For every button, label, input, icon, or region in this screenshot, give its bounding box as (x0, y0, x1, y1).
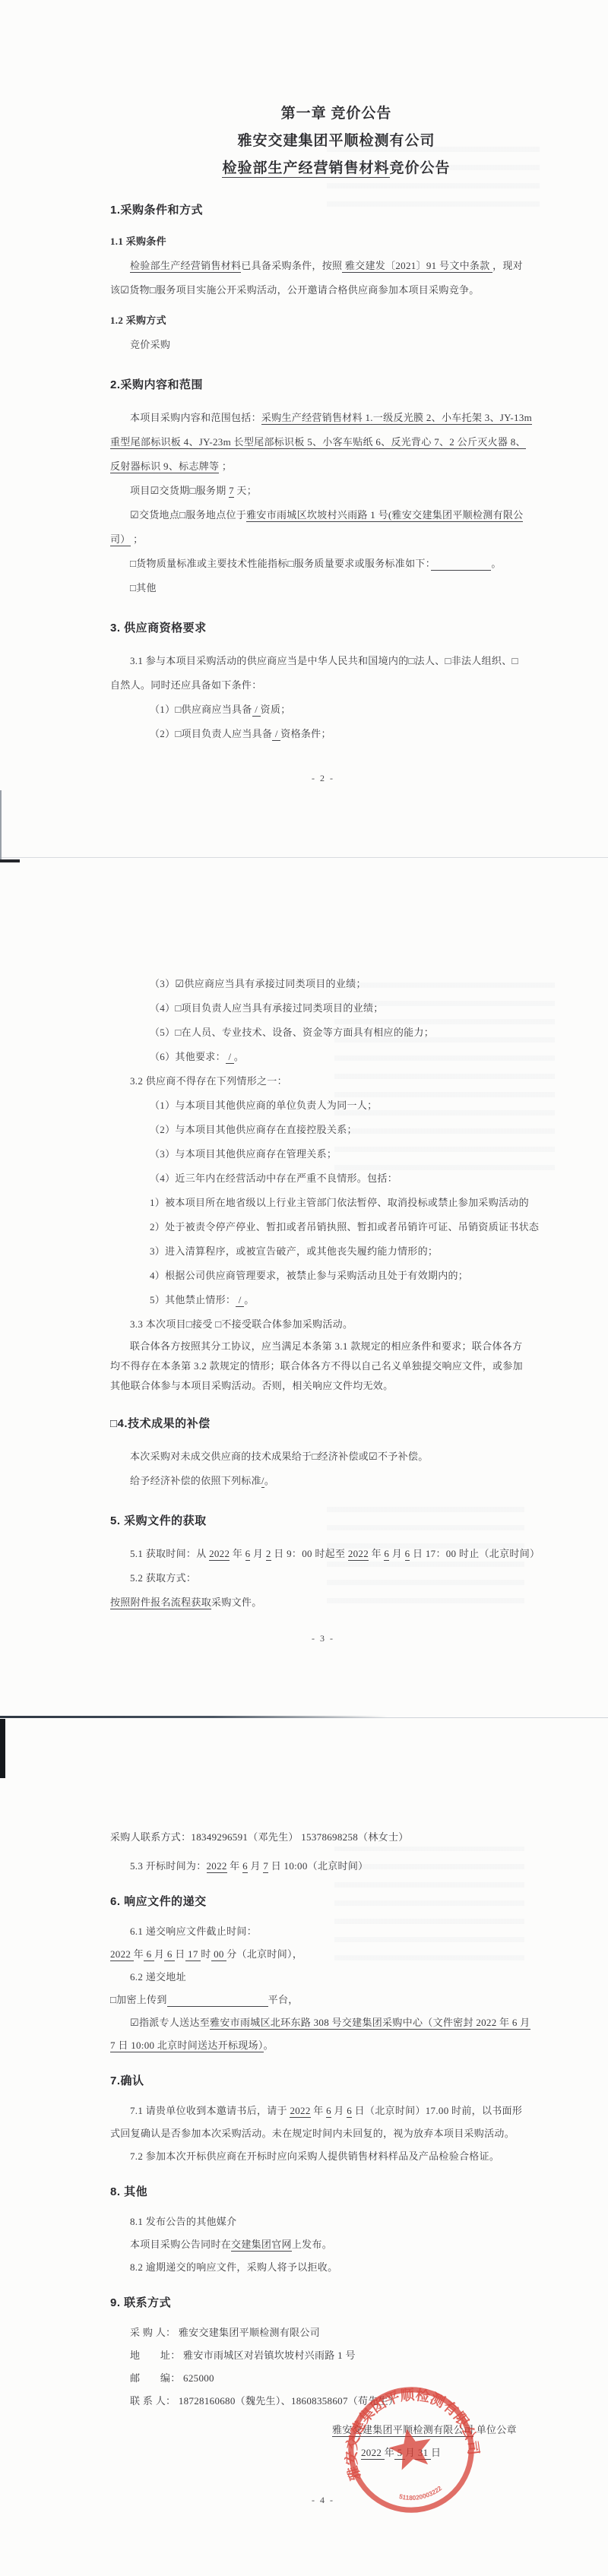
doc-line: （4）□项目负责人应当具有承接过同类项目的业绩； (110, 996, 562, 1021)
doc-line: 重型尾部标识板 4、JY-23m 长型尾部标识板 5、小客车贴纸 6、反光背心 … (110, 430, 562, 454)
doc-line: （5）□在人员、专业技术、设备、资金等方面具有相应的能力； (110, 1021, 562, 1045)
doc-line: 8.1 发布公告的其他媒介 (110, 2210, 562, 2233)
doc-line: 6.1 递交响应文件截止时间： (110, 1920, 562, 1943)
doc-line: 采 购 人： 雅安交建集团平顺检测有限公司 (110, 2321, 562, 2344)
doc-line: （1）□供应商应当具备 / 资质； (110, 698, 562, 722)
company-title: 雅安交建集团平顺检测有公司 (110, 128, 562, 155)
doc-line: □加密上传到 平台， (110, 1989, 562, 2011)
scan-seam (0, 1716, 388, 1718)
page-number: - 3 - (38, 1633, 608, 1644)
doc-line: ☑指派专人送达至雅安市雨城区北环东路 308 号交建集团采购中心（文件密封 20… (110, 2011, 562, 2034)
page-3: 采购人联系方式：18349296591（邓先生） 15378698258（林女士… (0, 1717, 608, 2576)
page-1-content: 第一章 竞价公告雅安交建集团平顺检测有公司检验部生产经营销售材料竞价公告1.采购… (110, 100, 562, 746)
doc-line: □其他 (110, 576, 562, 600)
section-7-heading: 7.确认 (110, 2069, 562, 2093)
doc-line: □货物质量标准或主要技术性能指标□服务质量要求或服务标准如下： 。 (110, 552, 562, 576)
doc-line: 8.2 逾期递交的响应文件，采购人将予以拒收。 (110, 2256, 562, 2279)
doc-line: （3）与本项目其他供应商存在管理关系； (110, 1142, 562, 1166)
section-5-heading: 5. 采购文件的获取 (110, 1508, 562, 1534)
doc-line: 均不得存在本条第 3.2 款规定的情形；联合体各方不得以自己名义单独提交响应文件… (110, 1356, 562, 1376)
page-2: （3）☑供应商应当具有承接过同类项目的业绩；（4）□项目负责人应当具有承接过同类… (0, 857, 608, 1717)
doc-line: （6）其他要求： / 。 (110, 1045, 562, 1069)
scan-edge-mark (0, 1719, 5, 1778)
doc-line: 本项目采购公告同时在交建集团官网上发布。 (110, 2233, 562, 2256)
doc-line: 检验部生产经营销售材料已具备采购条件，按照 雅交建发〔2021〕91 号文中条款… (110, 254, 562, 278)
section-3-heading: 3. 供应商资格要求 (110, 616, 562, 641)
doc-line: （1）与本项目其他供应商的单位负责人为同一人； (110, 1093, 562, 1118)
doc-line: 地 址： 雅安市雨城区对岩镇坎坡村兴雨路 1 号 (110, 2344, 562, 2367)
doc-line: 反射器标识 9、标志牌等 ； (110, 454, 562, 479)
doc-line: 邮 编： 625000 (110, 2367, 562, 2390)
doc-line: 本项目采购内容和范围包括：采购生产经营销售材料 1.一级反光膜 2、小车托架 3… (110, 406, 562, 430)
doc-line: 式回复确认是否参加本次采购活动。未在规定时间内未回复的，视为放弃本项目采购活动。 (110, 2122, 562, 2145)
page-number: - 2 - (38, 773, 608, 784)
doc-line: 自然人。同时还应具备如下条件： (110, 673, 562, 698)
document: 第一章 竞价公告雅安交建集团平顺检测有公司检验部生产经营销售材料竞价公告1.采购… (0, 0, 608, 2576)
section-1-2-heading: 1.2 采购方式 (110, 309, 562, 333)
seal-star-icon (386, 2424, 435, 2471)
doc-line: 司） ； (110, 527, 562, 552)
page-3-content: 采购人联系方式：18349296591（邓先生） 15378698258（林女士… (110, 1826, 562, 2464)
doc-line: 本次采购对未成交供应商的技术成果给于□经济补偿或☑不予补偿。 (110, 1445, 562, 1469)
date-line: 2022 年 5 月 31 日 (110, 2442, 562, 2464)
doc-line: 5）其他禁止情形： / 。 (110, 1288, 562, 1312)
company-seal-stamp: 雅安交建集团平顺检测有限公司 5118020003222 (331, 2368, 492, 2531)
doc-line: 7.2 参加本次开标供应商在开标时应向采购人提供销售材料样品及产品检验合格证。 (110, 2145, 562, 2168)
doc-line: ☑交货地点□服务地点位于雅安市雨城区坎坡村兴雨路 1 号(雅安交建集团平顺检测有… (110, 503, 562, 527)
doc-line: 6.2 递交地址 (110, 1966, 562, 1989)
scan-seam-mark (0, 859, 20, 862)
doc-line: 项目☑交货期□服务期 7 天； (110, 479, 562, 503)
doc-line: 其他联合体参与本项目采购活动。否则，相关响应文件均无效。 (110, 1376, 562, 1396)
doc-line: （3）☑供应商应当具有承接过同类项目的业绩； (110, 972, 562, 996)
page-2-content: （3）☑供应商应当具有承接过同类项目的业绩；（4）□项目负责人应当具有承接过同类… (110, 972, 562, 1615)
doc-line: 3.1 参与本项目采购活动的供应商应当是中华人民共和国境内的□法人、□非法人组织… (110, 649, 562, 673)
doc-line: 2）处于被责令停产停业、暂扣或者吊销执照、暂扣或者吊销许可证、吊销资质证书状态 (110, 1215, 562, 1239)
doc-line: 2022 年 6 月 6 日 17 时 00 分（北京时间）， (110, 1943, 562, 1966)
section-1-1-heading: 1.1 采购条件 (110, 229, 562, 254)
doc-line: 该☑货物□服务项目实施公开采购活动，公开邀请合格供应商参加本项目采购竞争。 (110, 278, 562, 302)
doc-line: （2）与本项目其他供应商存在直接控股关系； (110, 1118, 562, 1142)
doc-line: （2）□项目负责人应当具备 / 资格条件； (110, 722, 562, 746)
doc-line: 7.1 请贵单位收到本邀请书后，请于 2022 年 6 月 6 日（北京时间）1… (110, 2100, 562, 2122)
chapter-title: 第一章 竞价公告 (110, 100, 562, 128)
doc-line: 1）被本项目所在地省级以上行业主管部门依法暂停、取消投标或禁止参加采购活动的 (110, 1191, 562, 1215)
doc-line: 3）进入清算程序，或被宣告破产，或其他丧失履约能力情形的； (110, 1239, 562, 1264)
section-6-heading: 6. 响应文件的递交 (110, 1890, 562, 1914)
doc-line: 3.3 本次项目□接受 □不接受联合体参加采购活动。 (110, 1312, 562, 1337)
doc-line: 按照附件报名流程获取采购文件。 (110, 1590, 562, 1615)
doc-line: 5.3 开标时间为：2022 年 6 月 7 日 10:00（北京时间） (110, 1855, 562, 1878)
doc-line: 7 日 10:00 北京时间送达开标现场）。 (110, 2034, 562, 2057)
notice-title: 检验部生产经营销售材料竞价公告 (110, 155, 562, 182)
page-number: - 4 - (38, 2495, 608, 2506)
doc-line: （4）近三年内在经营活动中存在严重不良情形。包括： (110, 1166, 562, 1191)
section-1-heading: 1.采购条件和方式 (110, 198, 562, 223)
buyer-contact-line: 采购人联系方式：18349296591（邓先生） 15378698258（林女士… (110, 1826, 562, 1849)
doc-line: 5.2 获取方式： (110, 1566, 562, 1590)
doc-line: 联合体各方按照其分工协议，应当满足本条第 3.1 款规定的相应条件和要求；联合体… (110, 1337, 562, 1356)
page-1: 第一章 竞价公告雅安交建集团平顺检测有公司检验部生产经营销售材料竞价公告1.采购… (0, 0, 608, 857)
scan-edge-mark (0, 790, 2, 860)
doc-line: 4）根据公司供应商管理要求，被禁止参与采购活动且处于有效期内的； (110, 1264, 562, 1288)
section-4-heading: □4.技术成果的补偿 (110, 1411, 562, 1437)
section-8-heading: 8. 其他 (110, 2180, 562, 2204)
doc-line: 3.2 供应商不得存在下列情形之一： (110, 1069, 562, 1093)
doc-line: 竞价采购 (110, 333, 562, 357)
doc-line: 5.1 获取时间：从 2022 年 6 月 2 日 9：00 时起至 2022 … (110, 1542, 562, 1566)
section-9-heading: 9. 联系方式 (110, 2291, 562, 2315)
doc-line: 给予经济补偿的依照下列标准/。 (110, 1469, 562, 1493)
section-2-heading: 2.采购内容和范围 (110, 372, 562, 398)
